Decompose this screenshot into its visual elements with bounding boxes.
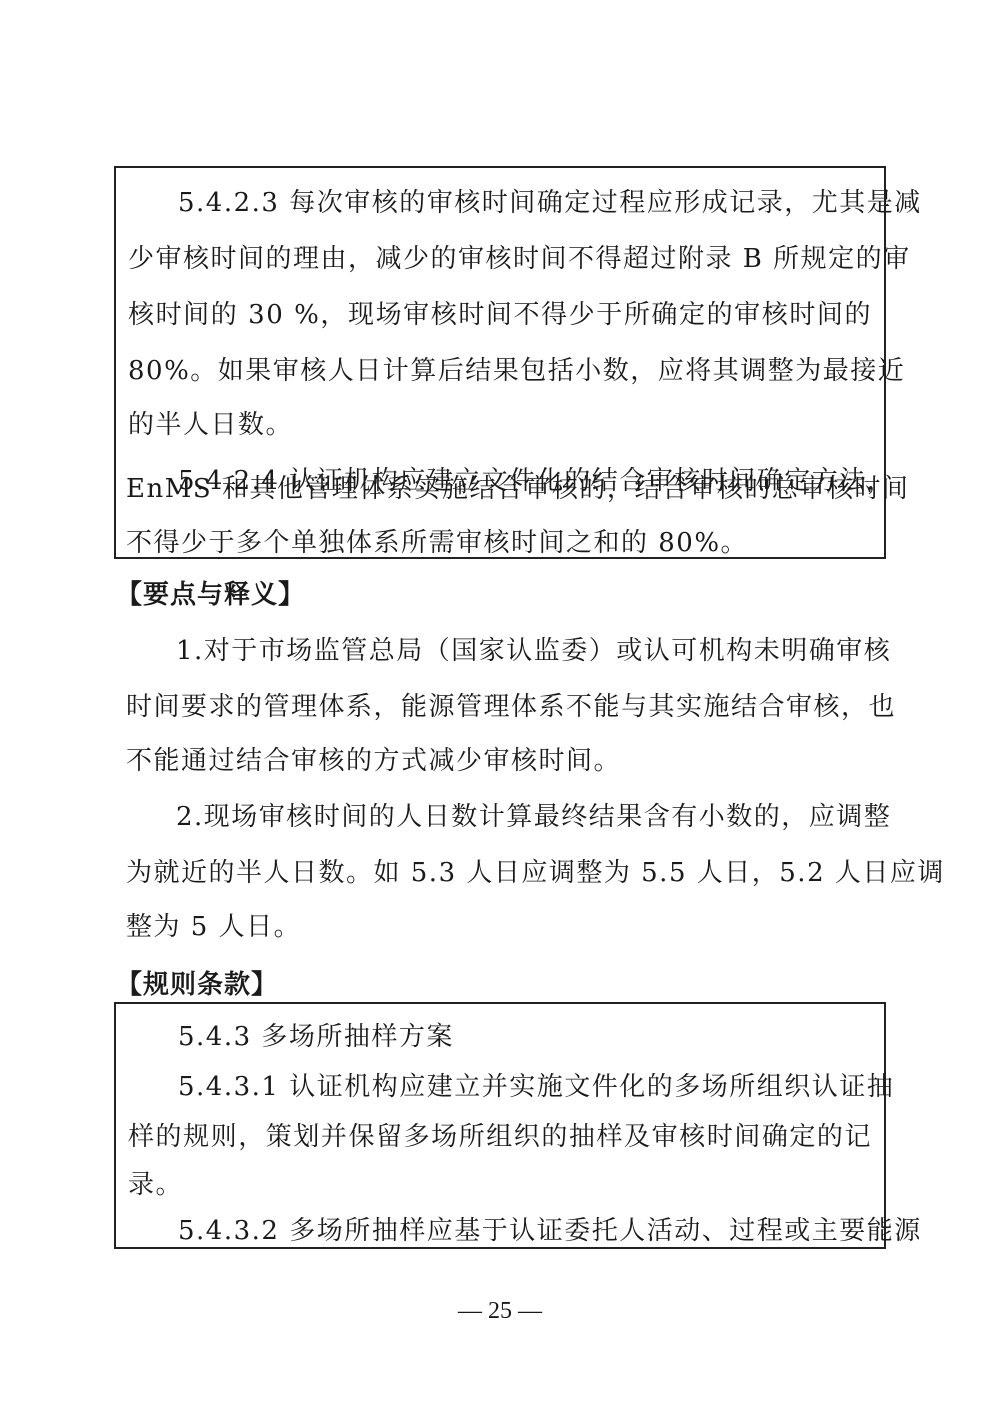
text-line: 5.4.3 多场所抽样方案: [178, 1016, 454, 1053]
text-line: 样的规则，策划并保留多场所组织的抽样及审核时间确定的记: [128, 1116, 872, 1153]
text-line: 5.4.3.1 认证机构应建立并实施文件化的多场所组织认证抽: [178, 1066, 872, 1103]
text-line: 为就近的半人日数。如 5.3 人日应调整为 5.5 人日，5.2 人日应调: [126, 852, 874, 889]
text-line: 2.现场审核时间的人日数计算最终结果含有小数的，应调整: [176, 796, 874, 833]
text-line: 少审核时间的理由，减少的审核时间不得超过附录 B 所规定的审: [128, 238, 872, 275]
text-line: 5.4.3.2 多场所抽样应基于认证委托人活动、过程或主要能源: [178, 1210, 872, 1247]
text-line: 80%。如果审核人日计算后结果包括小数，应将其调整为最接近: [128, 350, 872, 387]
text-line: 时间要求的管理体系，能源管理体系不能与其实施结合审核，也: [126, 686, 874, 723]
clause-box-5-4-3: 5.4.3 多场所抽样方案 5.4.3.1 认证机构应建立并实施文件化的多场所组…: [114, 1002, 886, 1249]
section-heading-rule-clauses: 【规则条款】: [116, 964, 278, 1001]
text-line: 整为 5 人日。: [126, 906, 301, 943]
text-line: 1.对于市场监管总局（国家认监委）或认可机构未明确审核: [176, 630, 874, 667]
section-heading-key-points: 【要点与释义】: [116, 574, 305, 611]
text-line: 录。: [128, 1164, 183, 1201]
text-line: 不能通过结合审核的方式减少审核时间。: [126, 740, 621, 777]
text-line: 不得少于多个单独体系所需审核时间之和的 80%。: [126, 522, 748, 559]
text-line: 核时间的 30 %，现场审核时间不得少于所确定的审核时间的: [128, 294, 872, 331]
text-line: 5.4.2.3 每次审核的审核时间确定过程应形成记录，尤其是减: [178, 182, 872, 219]
text-line: EnMS 和其他管理体系实施结合审核的，结合审核的总审核时间: [126, 468, 870, 505]
page-number: — 25 —: [0, 1298, 1000, 1325]
text-line: 的半人日数。: [128, 404, 293, 441]
